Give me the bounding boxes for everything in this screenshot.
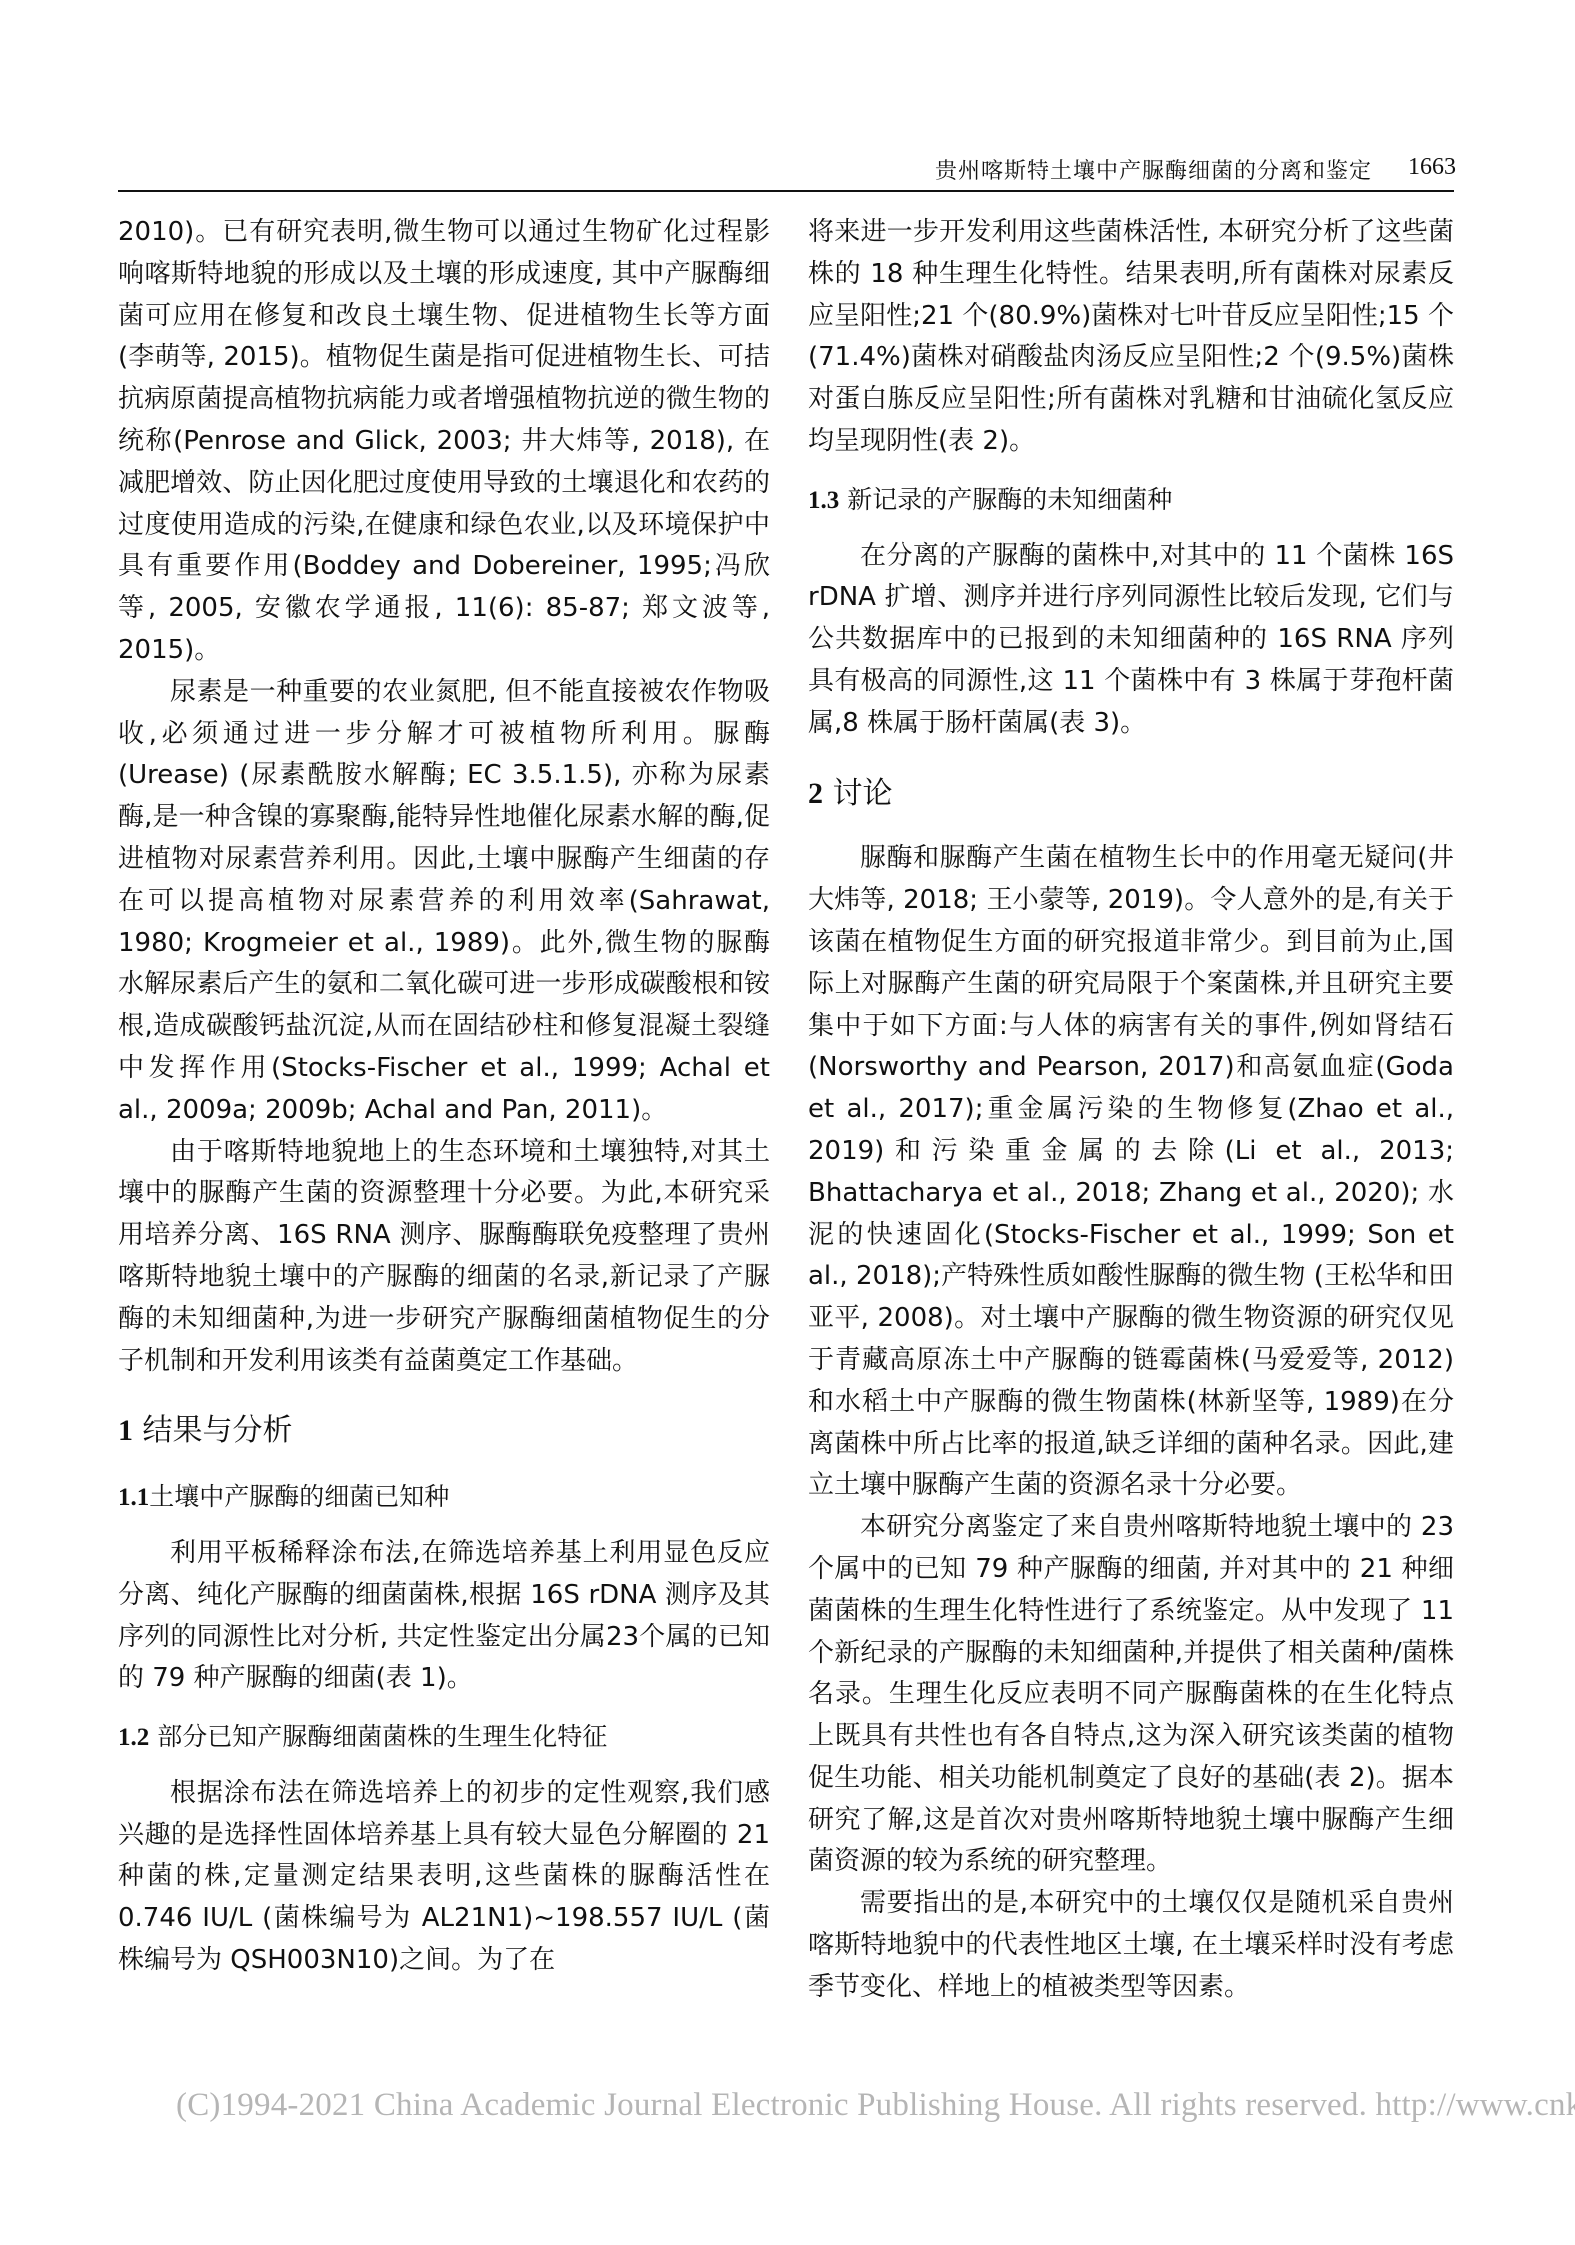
paragraph: 需要指出的是,本研究中的土壤仅仅是随机采自贵州喀斯特地貌中的代表性地区土壤, 在… — [808, 1883, 1454, 2008]
paragraph: 将来进一步开发利用这些菌株活性, 本研究分析了这些菌株的 18 种生理生化特性。… — [808, 212, 1454, 463]
header-rule — [118, 190, 1454, 192]
paragraph: 在分离的产脲酶的菌株中,对其中的 11 个菌株 16S rDNA 扩增、测序并进… — [808, 536, 1454, 745]
subsection-heading-1-2: 1.2 部分已知产脲酶细菌菌株的生理生化特征 — [118, 1716, 770, 1759]
right-column: 将来进一步开发利用这些菌株活性, 本研究分析了这些菌株的 18 种生理生化特性。… — [808, 212, 1454, 2009]
left-column: 2010)。已有研究表明,微生物可以通过生物矿化过程影响喀斯特地貌的形成以及土壤… — [118, 212, 770, 1982]
running-title: 贵州喀斯特土壤中产脲酶细菌的分离和鉴定 — [935, 154, 1372, 185]
section-heading-results: 1 结果与分析 — [118, 1410, 770, 1452]
running-header: 贵州喀斯特土壤中产脲酶细菌的分离和鉴定 1663 — [848, 148, 1456, 188]
paragraph: 根据涂布法在筛选培养上的初步的定性观察,我们感兴趣的是选择性固体培养基上具有较大… — [118, 1773, 770, 1982]
section-heading-discussion: 2 讨论 — [808, 773, 1454, 815]
subsection-heading-1-3: 1.3 新记录的产脲酶的未知细菌种 — [808, 479, 1454, 522]
paragraph: 尿素是一种重要的农业氮肥, 但不能直接被农作物吸收,必须通过进一步分解才可被植物… — [118, 672, 770, 1132]
copyright-watermark: (C)1994-2021 China Academic Journal Elec… — [176, 2087, 1575, 2124]
paragraph: 由于喀斯特地貌地上的生态环境和土壤独特,对其土壤中的脲酶产生菌的资源整理十分必要… — [118, 1132, 770, 1383]
paragraph: 2010)。已有研究表明,微生物可以通过生物矿化过程影响喀斯特地貌的形成以及土壤… — [118, 212, 770, 672]
paragraph: 脲酶和脲酶产生菌在植物生长中的作用毫无疑问(井大炜等, 2018; 王小蒙等, … — [808, 838, 1454, 1507]
page-number: 1663 — [1408, 154, 1456, 181]
paragraph: 本研究分离鉴定了来自贵州喀斯特地貌土壤中的 23 个属中的已知 79 种产脲酶的… — [808, 1507, 1454, 1883]
paragraph: 利用平板稀释涂布法,在筛选培养基上利用显色反应分离、纯化产脲酶的细菌菌株,根据 … — [118, 1533, 770, 1700]
subsection-heading-1-1: 1.1土壤中产脲酶的细菌已知种 — [118, 1476, 770, 1519]
